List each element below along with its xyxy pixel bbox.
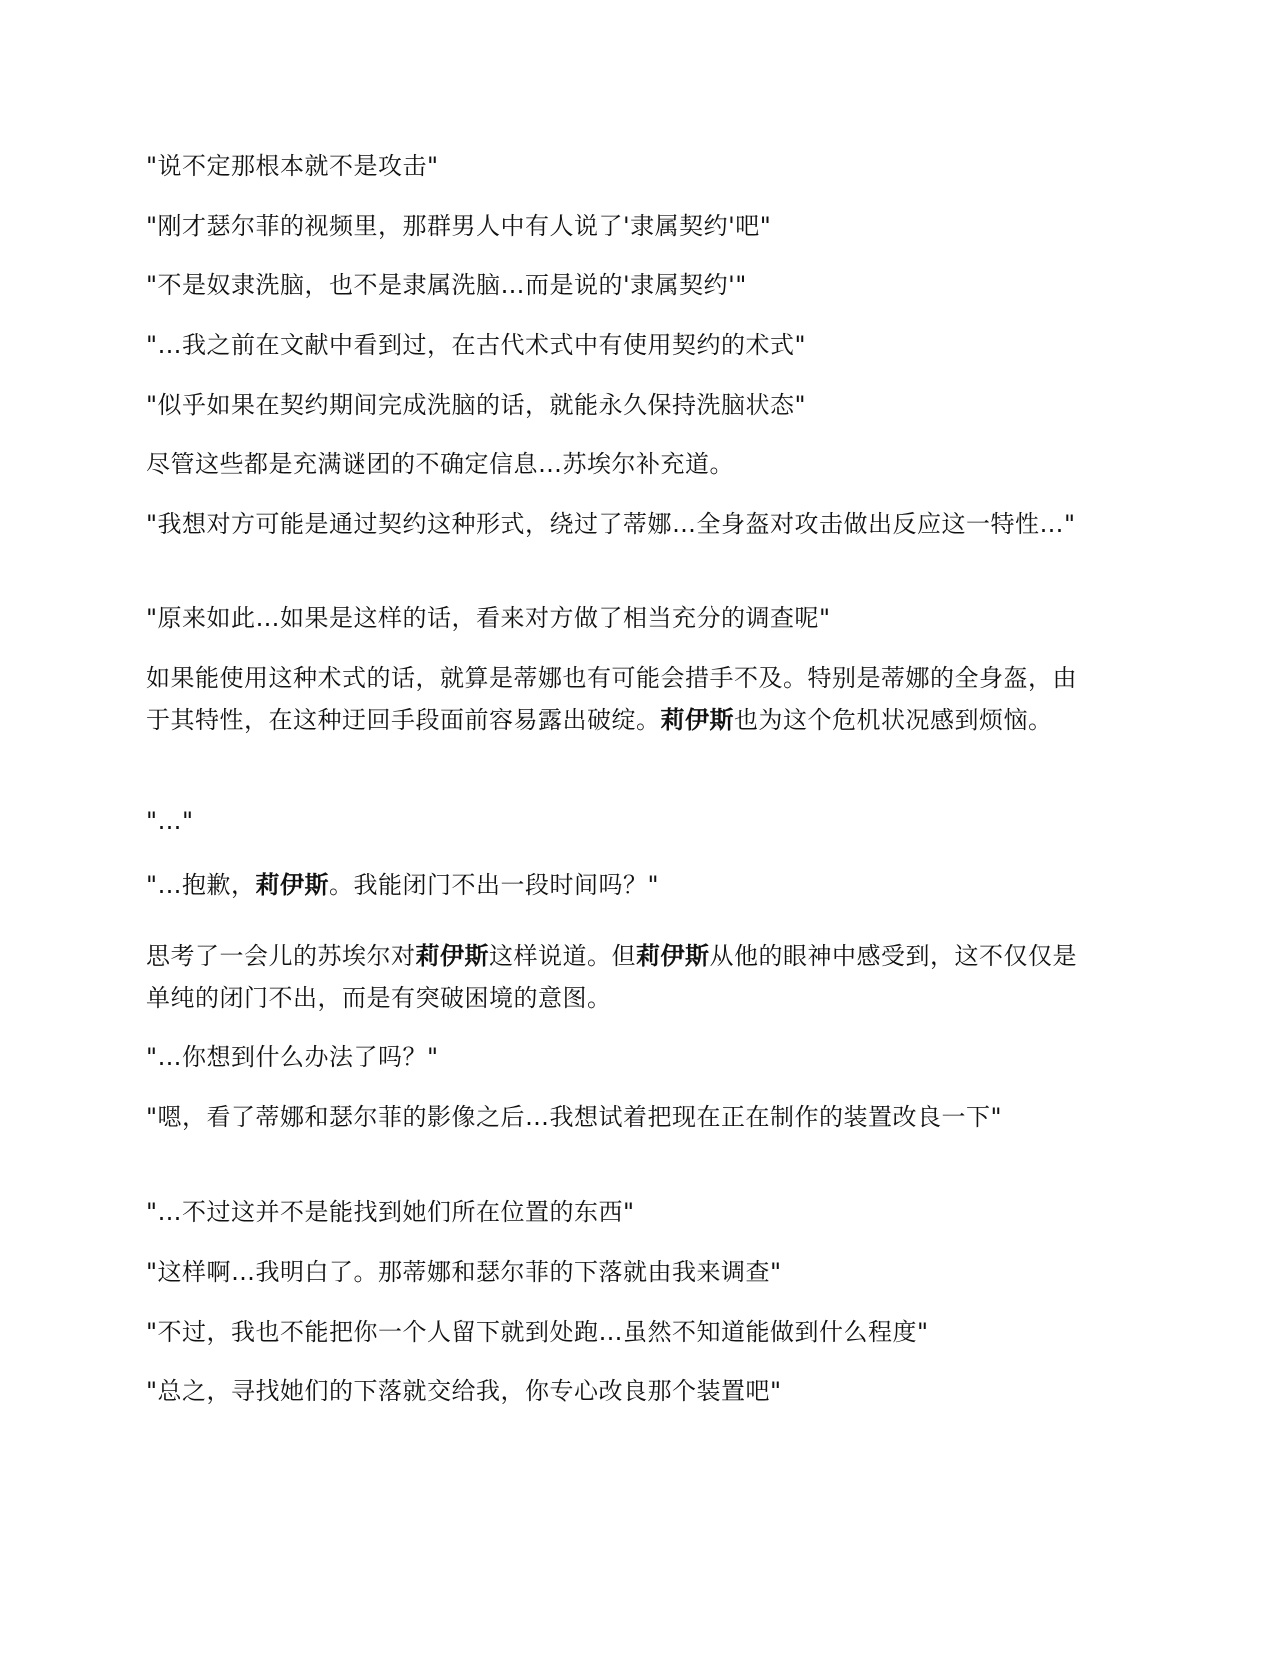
paragraph: 尽管这些都是充满谜团的不确定信息…苏埃尔补充道。 (146, 443, 1086, 485)
text-segment: "我想对方可能是通过契约这种形式，绕过了蒂娜…全身盔对攻击做出反应这一特性…" (146, 510, 1076, 538)
paragraph: "…" (146, 800, 1086, 842)
text-segment: "不是奴隶洗脑，也不是隶属洗脑…而是说的'隶属契约'" (146, 271, 747, 299)
paragraph: "刚才瑟尔菲的视频里，那群男人中有人说了'隶属契约'吧" (146, 205, 1086, 247)
text-segment: "刚才瑟尔菲的视频里，那群男人中有人说了'隶属契约'吧" (146, 212, 771, 240)
paragraph: 思考了一会儿的苏埃尔对莉伊斯这样说道。但莉伊斯从他的眼神中感受到，这不仅仅是单纯… (146, 935, 1086, 1019)
character-name: 莉伊斯 (256, 871, 330, 899)
character-name: 莉伊斯 (636, 942, 710, 970)
text-segment: "…我之前在文献中看到过，在古代术式中有使用契约的术式" (146, 331, 806, 359)
text-segment: "…不过这并不是能找到她们所在位置的东西" (146, 1198, 635, 1226)
text-segment: 也为这个危机状况感到烦恼。 (734, 706, 1053, 734)
character-name: 莉伊斯 (661, 706, 735, 734)
paragraph: "说不定那根本就不是攻击" (146, 145, 1086, 187)
paragraph: "…抱歉，莉伊斯。我能闭门不出一段时间吗？" (146, 864, 1086, 906)
paragraph: "嗯，看了蒂娜和瑟尔菲的影像之后…我想试着把现在正在制作的装置改良一下" (146, 1096, 1086, 1138)
paragraph: "似乎如果在契约期间完成洗脑的话，就能永久保持洗脑状态" (146, 384, 1086, 426)
paragraph: 如果能使用这种术式的话，就算是蒂娜也有可能会措手不及。特别是蒂娜的全身盔，由于其… (146, 657, 1086, 741)
character-name: 莉伊斯 (416, 942, 490, 970)
text-segment: "…你想到什么办法了吗？" (146, 1043, 439, 1071)
text-segment: "总之，寻找她们的下落就交给我，你专心改良那个装置吧" (146, 1377, 782, 1405)
paragraph: "…我之前在文献中看到过，在古代术式中有使用契约的术式" (146, 324, 1086, 366)
paragraph: "这样啊…我明白了。那蒂娜和瑟尔菲的下落就由我来调查" (146, 1251, 1086, 1293)
text-segment: "原来如此…如果是这样的话，看来对方做了相当充分的调查呢" (146, 604, 831, 632)
paragraph: "…不过这并不是能找到她们所在位置的东西" (146, 1191, 1086, 1233)
text-segment: "不过，我也不能把你一个人留下就到处跑…虽然不知道能做到什么程度" (146, 1318, 929, 1346)
paragraph: "不是奴隶洗脑，也不是隶属洗脑…而是说的'隶属契约'" (146, 264, 1086, 306)
text-segment: "这样啊…我明白了。那蒂娜和瑟尔菲的下落就由我来调查" (146, 1258, 782, 1286)
paragraph: "…你想到什么办法了吗？" (146, 1036, 1086, 1078)
text-segment: 尽管这些都是充满谜团的不确定信息…苏埃尔补充道。 (146, 450, 734, 478)
text-segment: "…" (146, 807, 194, 835)
paragraph: "不过，我也不能把你一个人留下就到处跑…虽然不知道能做到什么程度" (146, 1311, 1086, 1353)
paragraph: "总之，寻找她们的下落就交给我，你专心改良那个装置吧" (146, 1370, 1086, 1412)
text-segment: 这样说道。但 (489, 942, 636, 970)
text-segment: "…抱歉， (146, 871, 256, 899)
paragraph: "原来如此…如果是这样的话，看来对方做了相当充分的调查呢" (146, 597, 1086, 639)
text-segment: "说不定那根本就不是攻击" (146, 152, 439, 180)
text-segment: "似乎如果在契约期间完成洗脑的话，就能永久保持洗脑状态" (146, 391, 806, 419)
text-segment: 思考了一会儿的苏埃尔对 (146, 942, 416, 970)
text-segment: 。我能闭门不出一段时间吗？" (329, 871, 659, 899)
paragraph: "我想对方可能是通过契约这种形式，绕过了蒂娜…全身盔对攻击做出反应这一特性…" (146, 503, 1086, 545)
text-segment: "嗯，看了蒂娜和瑟尔菲的影像之后…我想试着把现在正在制作的装置改良一下" (146, 1103, 1002, 1131)
